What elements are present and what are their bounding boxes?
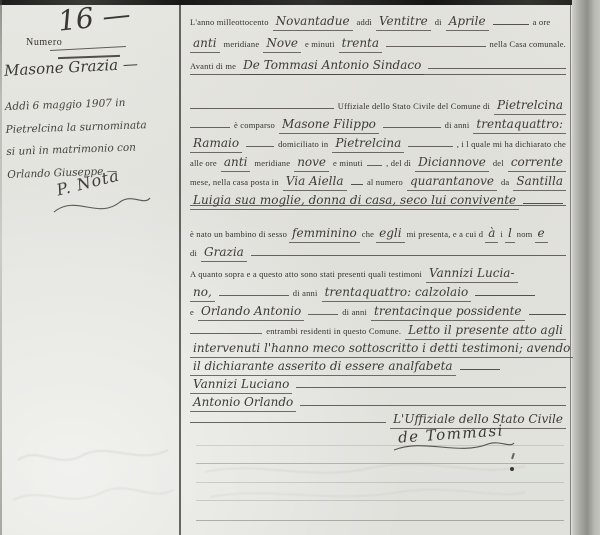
handwritten-text: Vannizi Luciano <box>190 377 292 394</box>
act-line-anno-data: L'anno milleottocentoNovantadueaddìVenti… <box>190 14 566 31</box>
handwritten-text: Aprile <box>446 14 489 31</box>
printed-text: è nato un bambino di sesso <box>190 228 287 242</box>
rule-segment <box>190 74 566 75</box>
rule-segment <box>523 203 563 204</box>
printed-text: alle ore <box>190 157 217 171</box>
printed-text: i <box>500 228 503 242</box>
handwritten-text: Antonio Orlando <box>190 395 296 412</box>
rule-segment <box>493 24 529 25</box>
printed-text: nom <box>517 228 533 242</box>
handwritten-text: Vannizi Lucia- <box>426 266 517 283</box>
printed-text: da <box>501 176 509 190</box>
handwritten-text: Diciannove <box>415 155 489 172</box>
rule-segment <box>190 108 334 109</box>
act-line-comparso: è comparsoMasone Filippodi annitrentaqua… <box>190 117 566 134</box>
handwritten-text: Orlando Antonio <box>198 304 304 321</box>
printed-text: e minuti <box>305 38 335 52</box>
rule-segment <box>428 68 566 69</box>
handwritten-text: quarantanove <box>407 174 497 191</box>
act-line-ora-nascita: alle oreantimeridianenovee minuti, del d… <box>190 155 566 172</box>
printed-text: meridiane <box>224 38 260 52</box>
act-line-nome: diGrazia <box>190 245 566 262</box>
handwritten-text: corrente <box>508 155 566 172</box>
handwritten-text: trentaquattro: calzolaio <box>322 285 472 302</box>
act-line-analfabeta: il dichiarante asserito di essere analfa… <box>190 359 566 376</box>
act-line-nascita-sesso: è nato un bambino di sessofemmininocheeg… <box>190 226 566 243</box>
rule-segment <box>246 146 274 147</box>
rule-segment <box>190 205 566 206</box>
handwritten-text: Via Aiella <box>283 174 347 191</box>
rule-segment <box>386 46 486 47</box>
handwritten-text: Nove <box>263 36 301 53</box>
ruled-line <box>196 520 564 521</box>
printed-text: è comparso <box>234 119 275 133</box>
act-line-avanti-di-me: Avanti di meDe Tommasi Antonio Sindaco <box>190 58 566 75</box>
handwritten-text: Luigia sua moglie, donna di casa, seco l… <box>190 193 519 210</box>
printed-text: di anni <box>445 119 470 133</box>
printed-text: L'anno milleottocento <box>190 16 269 30</box>
bleedthrough-marks <box>200 452 530 512</box>
handwritten-text: Ventitre <box>376 14 431 31</box>
act-line-madre: Luigia sua moglie, donna di casa, seco l… <box>190 193 566 210</box>
rule-segment <box>251 255 566 256</box>
act-line-uffiziale: Uffiziale dello Stato Civile del Comune … <box>190 98 566 115</box>
rule-segment <box>308 314 338 315</box>
act-line-testimone-1: no,di annitrentaquattro: calzolaio <box>190 285 566 302</box>
printed-text: nella Casa comunale. <box>490 38 566 52</box>
handwritten-text: trentaquattro: <box>473 117 566 134</box>
rule-segment <box>529 314 567 315</box>
handwritten-text: Pietrelcina <box>494 98 566 115</box>
act-line-sottoscritto: intervenuti l'hanno meco sottoscritto i … <box>190 341 566 358</box>
printed-text: di <box>435 16 442 30</box>
rule-segment <box>351 184 363 185</box>
rule-segment <box>475 295 535 296</box>
handwritten-text: femminino <box>289 226 360 243</box>
act-line-casa-via: mese, nella casa posta inVia Aiellaal nu… <box>190 174 566 191</box>
rule-segment <box>367 165 382 166</box>
act-line-firma-testimone-1: Vannizi Luciano <box>190 377 566 394</box>
printed-text: , i l quale mi ha dichiarato che <box>457 138 566 152</box>
printed-text: di anni <box>342 306 367 320</box>
page-right-edge-shadow <box>572 0 600 535</box>
act-line-uffiziale-stato-civile: L'Uffiziale dello Stato Civile <box>190 412 566 429</box>
printed-text: e <box>190 306 194 320</box>
printed-text: meridiane <box>254 157 290 171</box>
birth-record-scan: Numero 16 — Masone Grazia — Addì 6 maggi… <box>0 0 600 535</box>
page-left-edge <box>0 0 2 535</box>
numero-value-handwritten: 16 — <box>57 0 132 35</box>
act-line-ora: antimeridianeNovee minutitrentanella Cas… <box>190 36 566 53</box>
rule-segment <box>190 422 386 423</box>
act-line-domicilio: Ramaiodomiciliato inPietrelcina, i l qua… <box>190 136 566 153</box>
handwritten-text: nove <box>294 155 329 172</box>
bleedthrough-marks <box>8 430 178 530</box>
printed-text: entrambi residenti in questo Comune. <box>266 325 401 339</box>
handwritten-text: Ramaio <box>190 136 242 153</box>
handwritten-text: Novantadue <box>273 14 353 31</box>
act-line-testimoni: A quanto sopra e a questo atto sono stat… <box>190 266 566 283</box>
handwritten-text: egli <box>376 226 404 243</box>
handwritten-text: il dichiarante asserito di essere analfa… <box>190 359 456 376</box>
printed-text: a ore <box>533 16 551 30</box>
printed-text: che <box>362 228 374 242</box>
handwritten-text: Masone Filippo <box>279 117 379 134</box>
printed-text: di <box>190 247 197 261</box>
rule-segment <box>460 369 500 370</box>
printed-text: addì <box>357 16 372 30</box>
rule-segment <box>408 146 452 147</box>
margin-divider-line <box>179 5 181 535</box>
act-line-rigo-vuoto-1 <box>190 74 566 75</box>
handwritten-text: à <box>485 226 498 243</box>
handwritten-text: no, <box>190 285 215 302</box>
act-line-firma-testimone-2: Antonio Orlando <box>190 395 566 412</box>
rule-segment <box>300 405 566 406</box>
handwritten-text: anti <box>221 155 251 172</box>
printed-text: mi presenta, e a cui d <box>407 228 484 242</box>
numero-label: Numero <box>26 37 62 48</box>
handwritten-text: De Tommasi Antonio Sindaco <box>240 58 424 75</box>
printed-text: del <box>493 157 504 171</box>
handwritten-text: e <box>535 226 548 243</box>
handwritten-text: intervenuti l'hanno meco sottoscritto i … <box>190 341 573 358</box>
handwritten-text: l <box>505 226 515 243</box>
rule-segment <box>219 295 289 296</box>
rule-segment <box>190 127 230 128</box>
printed-text: A quanto sopra e a questo atto sono stat… <box>190 268 422 282</box>
act-line-residenti-letto: entrambi residenti in questo Comune.Lett… <box>190 323 566 340</box>
rule-segment <box>383 127 441 128</box>
printed-text: Uffiziale dello Stato Civile del Comune … <box>338 100 490 114</box>
printed-text: domiciliato in <box>278 138 328 152</box>
printed-text: Avanti di me <box>190 60 236 74</box>
handwritten-text: Pietrelcina <box>332 136 404 153</box>
act-line-testimone-2: eOrlando Antoniodi annitrentacinque poss… <box>190 304 566 321</box>
handwritten-text: anti <box>190 36 220 53</box>
handwritten-text: trentacinque possidente <box>371 304 524 321</box>
signature-flourish <box>50 190 154 220</box>
printed-text: di anni <box>293 287 318 301</box>
act-line-rigo-vuoto-2 <box>190 205 566 206</box>
ruled-line <box>196 445 564 446</box>
printed-text: e minuti <box>333 157 363 171</box>
registered-name-handwritten: Masone Grazia — <box>4 52 185 79</box>
handwritten-text: trenta <box>339 36 382 53</box>
handwritten-text: Grazia <box>201 245 247 262</box>
rule-segment <box>190 333 262 334</box>
rule-segment <box>296 387 566 388</box>
printed-text: , del dì <box>386 157 411 171</box>
printed-text: al numero <box>367 176 403 190</box>
handwritten-text: Letto il presente atto agli <box>405 323 566 340</box>
handwritten-text: Santilla <box>513 174 566 191</box>
printed-text: mese, nella casa posta in <box>190 176 279 190</box>
page-right-border-line <box>570 5 571 535</box>
